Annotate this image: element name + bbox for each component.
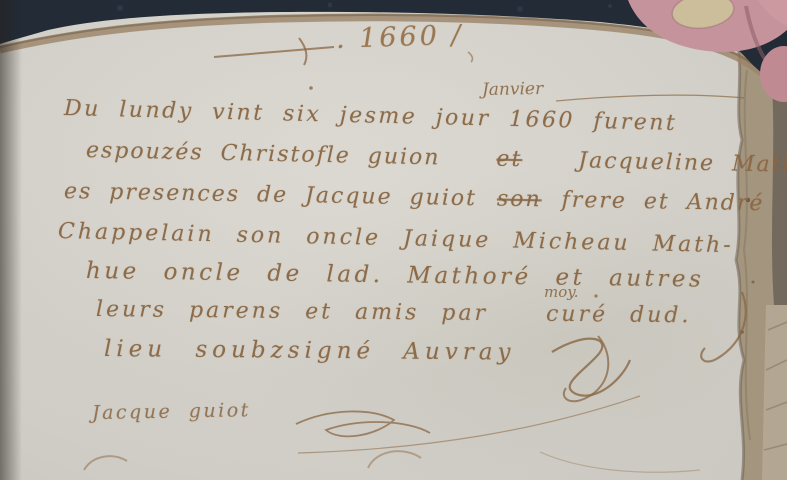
line-text: hue oncle de lad. Mathoré et autres bbox=[86, 258, 705, 293]
finger-crease bbox=[746, 6, 782, 80]
inserted-word-janvier: Janvier bbox=[482, 79, 543, 100]
finger-tip bbox=[628, 0, 787, 52]
manuscript-line-1: Du lundy vint six jesme jour 1660 furent bbox=[64, 96, 678, 136]
manuscript-line-3: es presences de Jacque guiotsonfrere et … bbox=[64, 179, 765, 216]
heading-year: . 1660 / bbox=[335, 20, 464, 55]
signature-text: Jacque guiot bbox=[92, 399, 251, 424]
fingernail bbox=[670, 0, 736, 32]
line-text: espouzés Christofle guion bbox=[86, 138, 441, 170]
struck-word: et bbox=[452, 146, 566, 173]
heading-cross-stroke bbox=[214, 47, 334, 57]
signature-paraph bbox=[296, 411, 430, 436]
signature-jacque-guiot: Jacque guiot bbox=[92, 399, 251, 424]
heading-cross-stroke bbox=[299, 38, 306, 65]
janvier-underline bbox=[556, 95, 744, 101]
insertion-text: moy. bbox=[544, 283, 579, 301]
line-text: Du lundy vint six jesme jour 1660 furent bbox=[64, 96, 678, 136]
manuscript-line-4: Chappelain son oncle Jaique Micheau Math… bbox=[58, 219, 734, 258]
heading-year-text: . 1660 / bbox=[335, 20, 464, 55]
line-text: Chappelain son oncle Jaique Micheau Math… bbox=[58, 219, 734, 258]
line-text: Jacqueline Mathoré bbox=[578, 148, 787, 179]
insertion-text: Janvier bbox=[482, 79, 543, 100]
fingers bbox=[628, 0, 787, 102]
auvray-paraph bbox=[564, 336, 608, 401]
line-text: lieu soubzsigné Auvray bbox=[104, 336, 516, 366]
next-entry-fragment bbox=[540, 452, 700, 472]
manuscript-line-7: lieu soubzsigné Auvray bbox=[104, 336, 516, 366]
line-text: frere et André bbox=[561, 188, 764, 217]
paraph-sweep bbox=[298, 396, 640, 453]
manuscript-line-2: espouzés Christofle guionetJacqueline Ma… bbox=[86, 138, 787, 179]
struck-word: son bbox=[489, 186, 550, 212]
gutter-shadow bbox=[0, 0, 22, 480]
manuscript-line-5: hue oncle de lad. Mathoré et autres bbox=[86, 258, 705, 293]
next-entry-fragment bbox=[84, 456, 127, 470]
next-entry-fragment bbox=[368, 451, 421, 468]
right-swash bbox=[701, 292, 746, 362]
manuscript-line-6: leurs parens et amis parcuré dud. bbox=[96, 297, 692, 328]
line-text: leurs parens et amis par bbox=[96, 297, 488, 326]
auvray-paraph bbox=[552, 339, 630, 396]
line-text: es presences de Jacque guiot bbox=[64, 179, 477, 211]
inserted-word-moy: moy. bbox=[544, 283, 579, 301]
page-right-edge bbox=[736, 40, 787, 480]
manuscript-photo: . 1660 / Du lundy vint six jesme jour 16… bbox=[0, 0, 787, 480]
line-text: curé dud. bbox=[546, 302, 692, 329]
second-finger bbox=[760, 46, 787, 102]
